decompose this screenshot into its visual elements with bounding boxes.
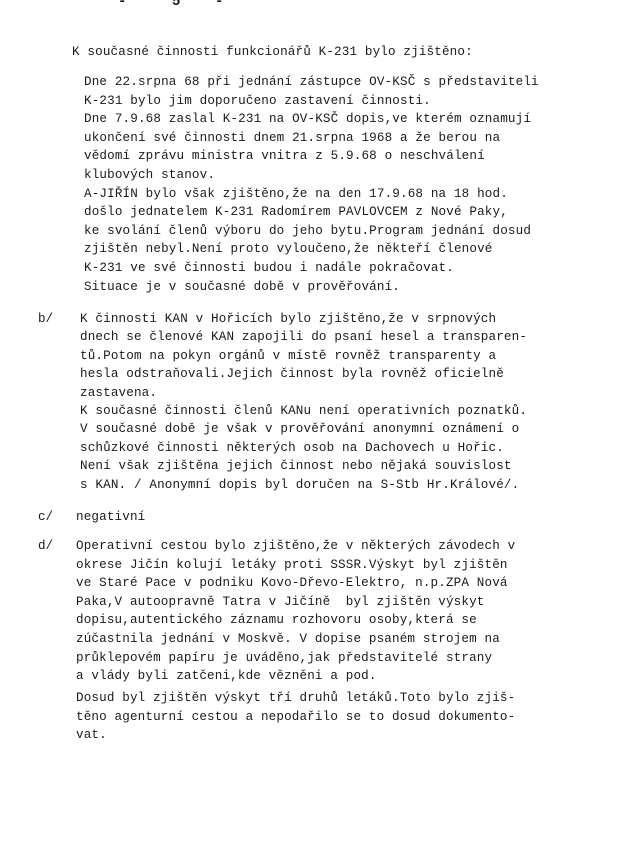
text-line: zastavena.: [80, 386, 157, 400]
section-c-text: negativní: [76, 510, 145, 524]
text-line: Situace je v současné době v prověřování…: [84, 280, 400, 294]
text-line: s KAN. / Anonymní dopis byl doručen na S…: [80, 478, 519, 492]
text-line: těno agenturní cestou a nepodařilo se to…: [76, 710, 515, 724]
text-line: ke svolání členů výboru do jeho bytu.Pro…: [84, 224, 531, 238]
text-line: vědomí zprávu ministra vnitra z 5.9.68 o…: [84, 149, 485, 163]
text-line: K-231 ve své činnosti budou i nadále pok…: [84, 261, 454, 275]
text-line: V současné době je však v prověřování an…: [80, 422, 519, 436]
text-line: schůzkové činnosti některých osob na Dac…: [80, 441, 504, 455]
text-line: Operativní cestou bylo zjištěno,že v něk…: [76, 539, 515, 553]
text-line: hesla odstraňovali.Jejich činnost byla r…: [80, 367, 504, 381]
text-line: K-231 bylo jim doporučeno zastavení činn…: [84, 94, 431, 108]
section-c-marker: c/: [38, 510, 53, 524]
text-line: průklepovém papíru je uváděno,jak předst…: [76, 651, 492, 665]
text-line: a vlády byli zatčeni,kde vězněni a pod.: [76, 669, 377, 683]
text-line: dopisu,autentického záznamu rozhovoru os…: [76, 613, 477, 627]
text-line: došlo jednatelem K-231 Radomírem PAVLOVC…: [84, 205, 508, 219]
text-line: K činnosti KAN v Hořicích bylo zjištěno,…: [80, 312, 496, 326]
text-line: dnech se členové KAN zapojili do psaní h…: [80, 330, 527, 344]
section-b-marker: b/: [38, 312, 53, 326]
text-line: Paka,V autoopravně Tatra v Jičíně byl zj…: [76, 595, 485, 609]
text-line: tů.Potom na pokyn orgánů v místě rovněž …: [80, 349, 496, 363]
text-line: Není však zjištěna jejich činnost nebo n…: [80, 459, 512, 473]
text-line: zúčastnila jednání v Moskvě. V dopise ps…: [76, 632, 500, 646]
text-line: Dosud byl zjištěn výskyt tří druhů leták…: [76, 691, 515, 705]
text-line: Dne 22.srpna 68 při jednání zástupce OV-…: [84, 75, 539, 89]
heading: K současné činnosti funkcionářů K-231 by…: [72, 45, 473, 59]
page-number-dash-right: -: [215, 0, 223, 10]
text-line: ukončení své činnosti dnem 21.srpna 1968…: [84, 131, 500, 145]
text-line: Dne 7.9.68 zaslal K-231 na OV-KSČ dopis,…: [84, 112, 531, 126]
text-line: vat.: [76, 728, 107, 742]
text-line: zjištěn nebyl.Není proto vyloučeno,že ně…: [84, 242, 493, 256]
text-line: K současné činnosti členů KANu není oper…: [80, 404, 527, 418]
text-line: klubových stanov.: [84, 168, 215, 182]
page-number-dash-left: -: [118, 0, 126, 10]
text-line: okrese Jičín kolují letáky proti SSSR.Vý…: [76, 558, 508, 572]
text-line: ve Staré Pace v podniku Kovo-Dřevo-Elekt…: [76, 576, 508, 590]
section-d-marker: d/: [38, 539, 53, 553]
text-line: A-JIŘÍN bylo však zjištěno,že na den 17.…: [84, 187, 508, 201]
page-number-value: 5: [172, 0, 180, 10]
